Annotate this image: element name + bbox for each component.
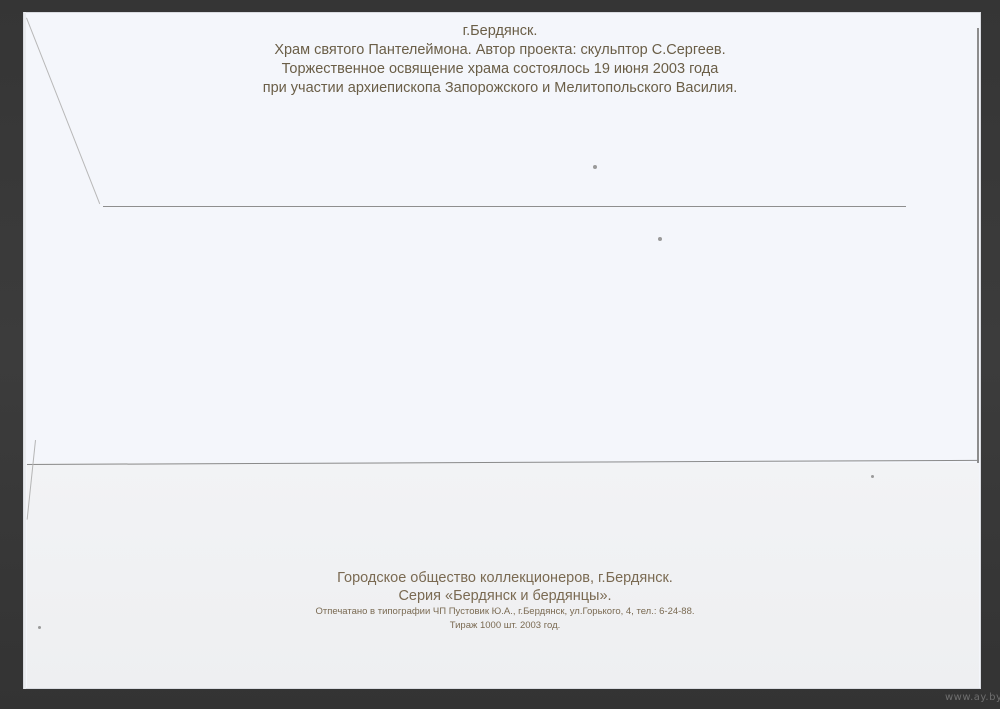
- series-line: Серия «Бердянск и бердянцы».: [250, 587, 760, 605]
- header-church-line: Храм святого Пантелеймона. Автор проекта…: [180, 41, 820, 60]
- envelope-header-caption: г.Бердянск. Храм святого Пантелеймона. А…: [180, 22, 820, 98]
- paper-speck: [871, 475, 874, 478]
- paper-speck: [38, 626, 41, 629]
- publisher-line: Городское общество коллекционеров, г.Бер…: [250, 569, 760, 587]
- printer-line: Отпечатано в типографии ЧП Пустовик Ю.А.…: [250, 605, 760, 619]
- header-archbishop-line: при участии архиепископа Запорожского и …: [180, 79, 820, 98]
- envelope-imprint: Городское общество коллекционеров, г.Бер…: [250, 569, 760, 633]
- envelope-left-edge: [24, 12, 26, 689]
- print-run-line: Тираж 1000 шт. 2003 год.: [250, 619, 760, 633]
- header-consecration-line: Торжественное освящение храма состоялось…: [180, 60, 820, 79]
- top-flap-edge-line: [103, 206, 906, 207]
- header-city-line: г.Бердянск.: [180, 22, 820, 41]
- paper-speck: [658, 237, 662, 241]
- site-watermark: www.ay.by: [945, 692, 1000, 703]
- paper-speck: [593, 165, 597, 169]
